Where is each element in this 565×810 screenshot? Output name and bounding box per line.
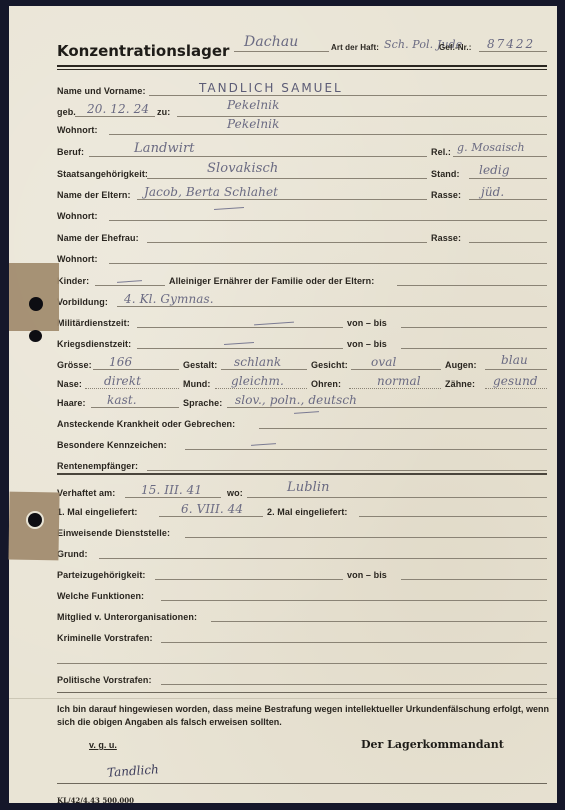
beruf-label: Beruf:	[57, 147, 84, 157]
row-partei: Parteizugehörigkeit: von – bis	[9, 564, 557, 582]
gesicht-line	[351, 369, 441, 370]
name-label: Name und Vorname:	[57, 86, 146, 96]
kinder-line	[95, 285, 165, 286]
mal1-label: 1. Mal eingeliefert:	[57, 507, 138, 517]
declaration-text: Ich bin darauf hingewiesen worden, dass …	[57, 703, 549, 729]
eltern-label: Name der Eltern:	[57, 190, 131, 200]
gesicht-label: Gesicht:	[311, 360, 348, 370]
prisoner-signature: Tandlich	[107, 762, 160, 780]
ehefrau-wohnort-line	[109, 263, 547, 264]
row-birth: geb. 20. 12. 24 zu: Pekelnik	[9, 101, 557, 119]
haare-value[interactable]: kast.	[107, 393, 137, 407]
krankheit-line	[259, 428, 547, 429]
politisch-line	[161, 684, 547, 685]
rasse-value[interactable]: jüd.	[481, 185, 504, 199]
militaer-vonbis-label: von – bis	[347, 318, 387, 328]
mal2-label: 2. Mal eingeliefert:	[267, 507, 348, 517]
zaehne-label: Zähne:	[445, 379, 475, 389]
sprache-line	[227, 407, 547, 408]
row-ehefrau: Name der Ehefrau: Rasse:	[9, 227, 557, 245]
sprache-value[interactable]: slov., poln., deutsch	[235, 393, 357, 407]
politisch-label: Politische Vorstrafen:	[57, 675, 152, 685]
zu-value[interactable]: Pekelnik	[227, 98, 280, 112]
row-eltern: Name der Eltern: Jacob, Berta Schlahet R…	[9, 184, 557, 202]
gesicht-value[interactable]: oval	[371, 355, 396, 369]
row-grund: Grund:	[9, 543, 557, 561]
eltern-line	[137, 199, 427, 200]
punch-hole-icon	[29, 297, 43, 311]
ehefrau-line	[147, 242, 427, 243]
document-page: Konzentrationslager Dachau Art der Haft:…	[9, 6, 557, 803]
kennzeichen-line	[185, 449, 547, 450]
eltern-value[interactable]: Jacob, Berta Schlahet	[144, 185, 278, 199]
gestalt-value[interactable]: schlank	[234, 355, 281, 369]
row-wohnort: Wohnort: Pekelnik	[9, 119, 557, 137]
militaer-vonbis-line	[401, 327, 547, 328]
eltern-wohnort-line	[109, 220, 547, 221]
krieg-vonbis-label: von – bis	[347, 339, 387, 349]
mal1-value[interactable]: 6. VIII. 44	[181, 502, 243, 516]
section-rule	[57, 473, 547, 475]
empty-dash	[117, 280, 142, 283]
geb-value[interactable]: 20. 12. 24	[87, 102, 149, 116]
row-unterorg: Mitglied v. Unterorganisationen:	[9, 606, 557, 624]
grund-label: Grund:	[57, 549, 88, 559]
augen-value[interactable]: blau	[501, 353, 528, 367]
verhaftet-line	[125, 497, 221, 498]
punch-hole-icon	[28, 513, 42, 527]
augen-line	[485, 369, 547, 370]
row-haare: Haare: kast. Sprache: slov., poln., deut…	[9, 392, 557, 410]
row-vorbildung: Vorbildung: 4. Kl. Gymnas.	[9, 291, 557, 309]
dienststelle-label: Einweisende Dienststelle:	[57, 528, 170, 538]
haare-label: Haare:	[57, 398, 86, 408]
gef-nr-value: 87422	[487, 37, 535, 51]
groesse-label: Grösse:	[57, 360, 92, 370]
ehefrau-wohnort-label: Wohnort:	[57, 254, 98, 264]
row-kinder: Kinder: Alleiniger Ernährer der Familie …	[9, 270, 557, 288]
rel-value[interactable]: g. Mosaisch	[457, 141, 525, 154]
gestalt-label: Gestalt:	[183, 360, 217, 370]
name-value[interactable]: TANDLICH SAMUEL	[199, 81, 343, 95]
groesse-line	[93, 369, 179, 370]
vorbildung-label: Vorbildung:	[57, 297, 108, 307]
rente-line	[147, 470, 547, 471]
rel-line	[453, 156, 547, 157]
groesse-value[interactable]: 166	[109, 355, 132, 369]
empty-dash	[214, 207, 244, 210]
row-krieg: Kriegsdienstzeit: von – bis	[9, 333, 557, 351]
vgu-label: v. g. u.	[89, 740, 117, 750]
mal2-line	[359, 516, 547, 517]
nase-value[interactable]: direkt	[104, 374, 141, 388]
empty-dash	[254, 322, 294, 326]
camp-line	[234, 51, 329, 52]
mund-line	[215, 388, 307, 389]
rasse-label: Rasse:	[431, 190, 461, 200]
augen-label: Augen:	[445, 360, 477, 370]
grund-line	[99, 558, 547, 559]
empty-dash	[294, 411, 319, 414]
kennzeichen-label: Besondere Kennzeichen:	[57, 440, 167, 450]
sprache-label: Sprache:	[183, 398, 222, 408]
zaehne-line	[485, 388, 547, 389]
wo-label: wo:	[227, 488, 243, 498]
verhaftet-value[interactable]: 15. III. 41	[141, 483, 202, 497]
rasse-line	[469, 199, 547, 200]
kriminell-line	[161, 642, 547, 643]
geb-line	[75, 116, 155, 117]
partei-line	[155, 579, 343, 580]
mund-value[interactable]: gleichm.	[231, 374, 284, 388]
nase-line	[85, 388, 179, 389]
ehefrau-rasse-label: Rasse:	[431, 233, 461, 243]
gestalt-line	[221, 369, 307, 370]
ehefrau-rasse-line	[469, 242, 547, 243]
row-staat: Staatsangehörigkeit: Slovakisch Stand: l…	[9, 163, 557, 181]
row-ehefrau-wohnort: Wohnort:	[9, 248, 557, 266]
militaer-line	[137, 327, 343, 328]
wo-value[interactable]: Lublin	[287, 480, 330, 495]
zu-label: zu:	[157, 107, 170, 117]
row-nase: Nase: direkt Mund: gleichm. Ohren: norma…	[9, 373, 557, 391]
verhaftet-label: Verhaftet am:	[57, 488, 115, 498]
mal1-line	[159, 516, 263, 517]
row-kriminell-extra	[9, 648, 557, 666]
header-rule-thick	[57, 65, 547, 67]
zaehne-value[interactable]: gesund	[493, 374, 538, 388]
form-code: KL/42/4.43 500.000	[57, 796, 134, 805]
row-verhaftet: Verhaftet am: 15. III. 41 wo: Lublin	[9, 482, 557, 500]
row-dienststelle: Einweisende Dienststelle:	[9, 522, 557, 540]
ohren-line	[349, 388, 441, 389]
row-groesse: Grösse: 166 Gestalt: schlank Gesicht: ov…	[9, 354, 557, 372]
row-militaer: Militärdienstzeit: von – bis	[9, 312, 557, 330]
wohnort-value[interactable]: Pekelnik	[227, 117, 280, 131]
kriminell-label: Kriminelle Vorstrafen:	[57, 633, 153, 643]
haare-line	[91, 407, 179, 408]
wohnort-label: Wohnort:	[57, 125, 98, 135]
krieg-line	[137, 348, 343, 349]
nase-label: Nase:	[57, 379, 82, 389]
statement-rule	[57, 692, 547, 693]
header-rule-thin	[57, 69, 547, 70]
ernaehrer-label: Alleiniger Ernährer der Familie oder der…	[169, 276, 374, 286]
partei-label: Parteizugehörigkeit:	[57, 570, 146, 580]
partei-vonbis-label: von – bis	[347, 570, 387, 580]
unterorg-label: Mitglied v. Unterorganisationen:	[57, 612, 197, 622]
row-rente: Rentenempfänger:	[9, 455, 557, 473]
ohren-label: Ohren:	[311, 379, 341, 389]
row-kennzeichen: Besondere Kennzeichen:	[9, 434, 557, 452]
name-line	[149, 95, 547, 96]
stand-line	[469, 178, 547, 179]
ehefrau-label: Name der Ehefrau:	[57, 233, 139, 243]
signature-line	[57, 783, 547, 784]
row-beruf: Beruf: Landwirt Rel.: g. Mosaisch	[9, 141, 557, 159]
wo-line	[247, 497, 547, 498]
gef-nr-label: Gef.-Nr.:	[439, 43, 471, 52]
funktionen-label: Welche Funktionen:	[57, 591, 144, 601]
ernaehrer-line	[397, 285, 547, 286]
krieg-label: Kriegsdienstzeit:	[57, 339, 131, 349]
row-name: Name und Vorname: TANDLICH SAMUEL	[9, 80, 557, 98]
wohnort-line	[109, 134, 547, 135]
empty-dash	[251, 443, 276, 446]
row-kriminell: Kriminelle Vorstrafen:	[9, 627, 557, 645]
eltern-wohnort-label: Wohnort:	[57, 211, 98, 221]
stand-value[interactable]: ledig	[479, 163, 510, 177]
unterorg-line	[211, 621, 547, 622]
camp-value: Dachau	[244, 34, 298, 50]
header-row: Dachau Art der Haft: Sch. Pol. Jude Gef.…	[9, 36, 557, 54]
beruf-value[interactable]: Landwirt	[134, 141, 195, 156]
militaer-label: Militärdienstzeit:	[57, 318, 130, 328]
partei-vonbis-line	[401, 579, 547, 580]
row-eingeliefert: 1. Mal eingeliefert: 6. VIII. 44 2. Mal …	[9, 501, 557, 519]
vorbildung-line	[117, 306, 547, 307]
staat-line	[147, 178, 427, 179]
krieg-vonbis-line	[401, 348, 547, 349]
ohren-value[interactable]: normal	[377, 374, 421, 388]
punch-hole-icon	[29, 330, 42, 342]
staat-value[interactable]: Slovakisch	[207, 161, 278, 176]
funktionen-line	[161, 600, 547, 601]
krankheit-label: Ansteckende Krankheit oder Gebrechen:	[57, 419, 235, 429]
kinder-label: Kinder:	[57, 276, 89, 286]
row-eltern-wohnort: Wohnort:	[9, 205, 557, 223]
beruf-line	[89, 156, 427, 157]
rel-label: Rel.:	[431, 147, 451, 157]
geb-label: geb.	[57, 107, 76, 117]
staat-label: Staatsangehörigkeit:	[57, 169, 148, 179]
empty-dash	[224, 342, 254, 345]
haft-label: Art der Haft:	[331, 43, 379, 52]
rente-label: Rentenempfänger:	[57, 461, 138, 471]
row-krankheit: Ansteckende Krankheit oder Gebrechen:	[9, 413, 557, 431]
gef-nr-line	[479, 51, 547, 52]
dienststelle-line	[185, 537, 547, 538]
stand-label: Stand:	[431, 169, 460, 179]
mund-label: Mund:	[183, 379, 211, 389]
kriminell-extra-line	[57, 663, 547, 664]
vorbildung-value[interactable]: 4. Kl. Gymnas.	[124, 292, 214, 306]
row-politisch: Politische Vorstrafen:	[9, 669, 557, 687]
lagerkommandant-label: Der Lagerkommandant	[361, 738, 504, 751]
paper-fold	[9, 698, 557, 699]
row-funktionen: Welche Funktionen:	[9, 585, 557, 603]
